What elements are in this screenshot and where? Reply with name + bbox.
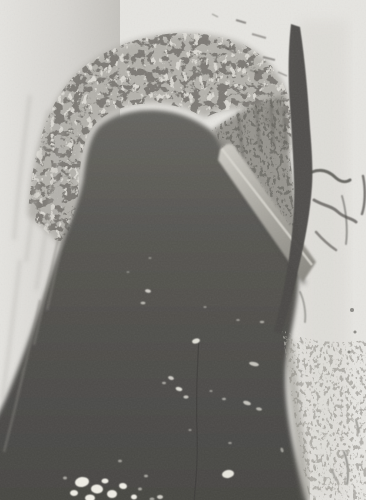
tunnel-photograph	[0, 0, 366, 500]
film-grain	[0, 0, 366, 500]
photo-frame	[0, 0, 366, 500]
